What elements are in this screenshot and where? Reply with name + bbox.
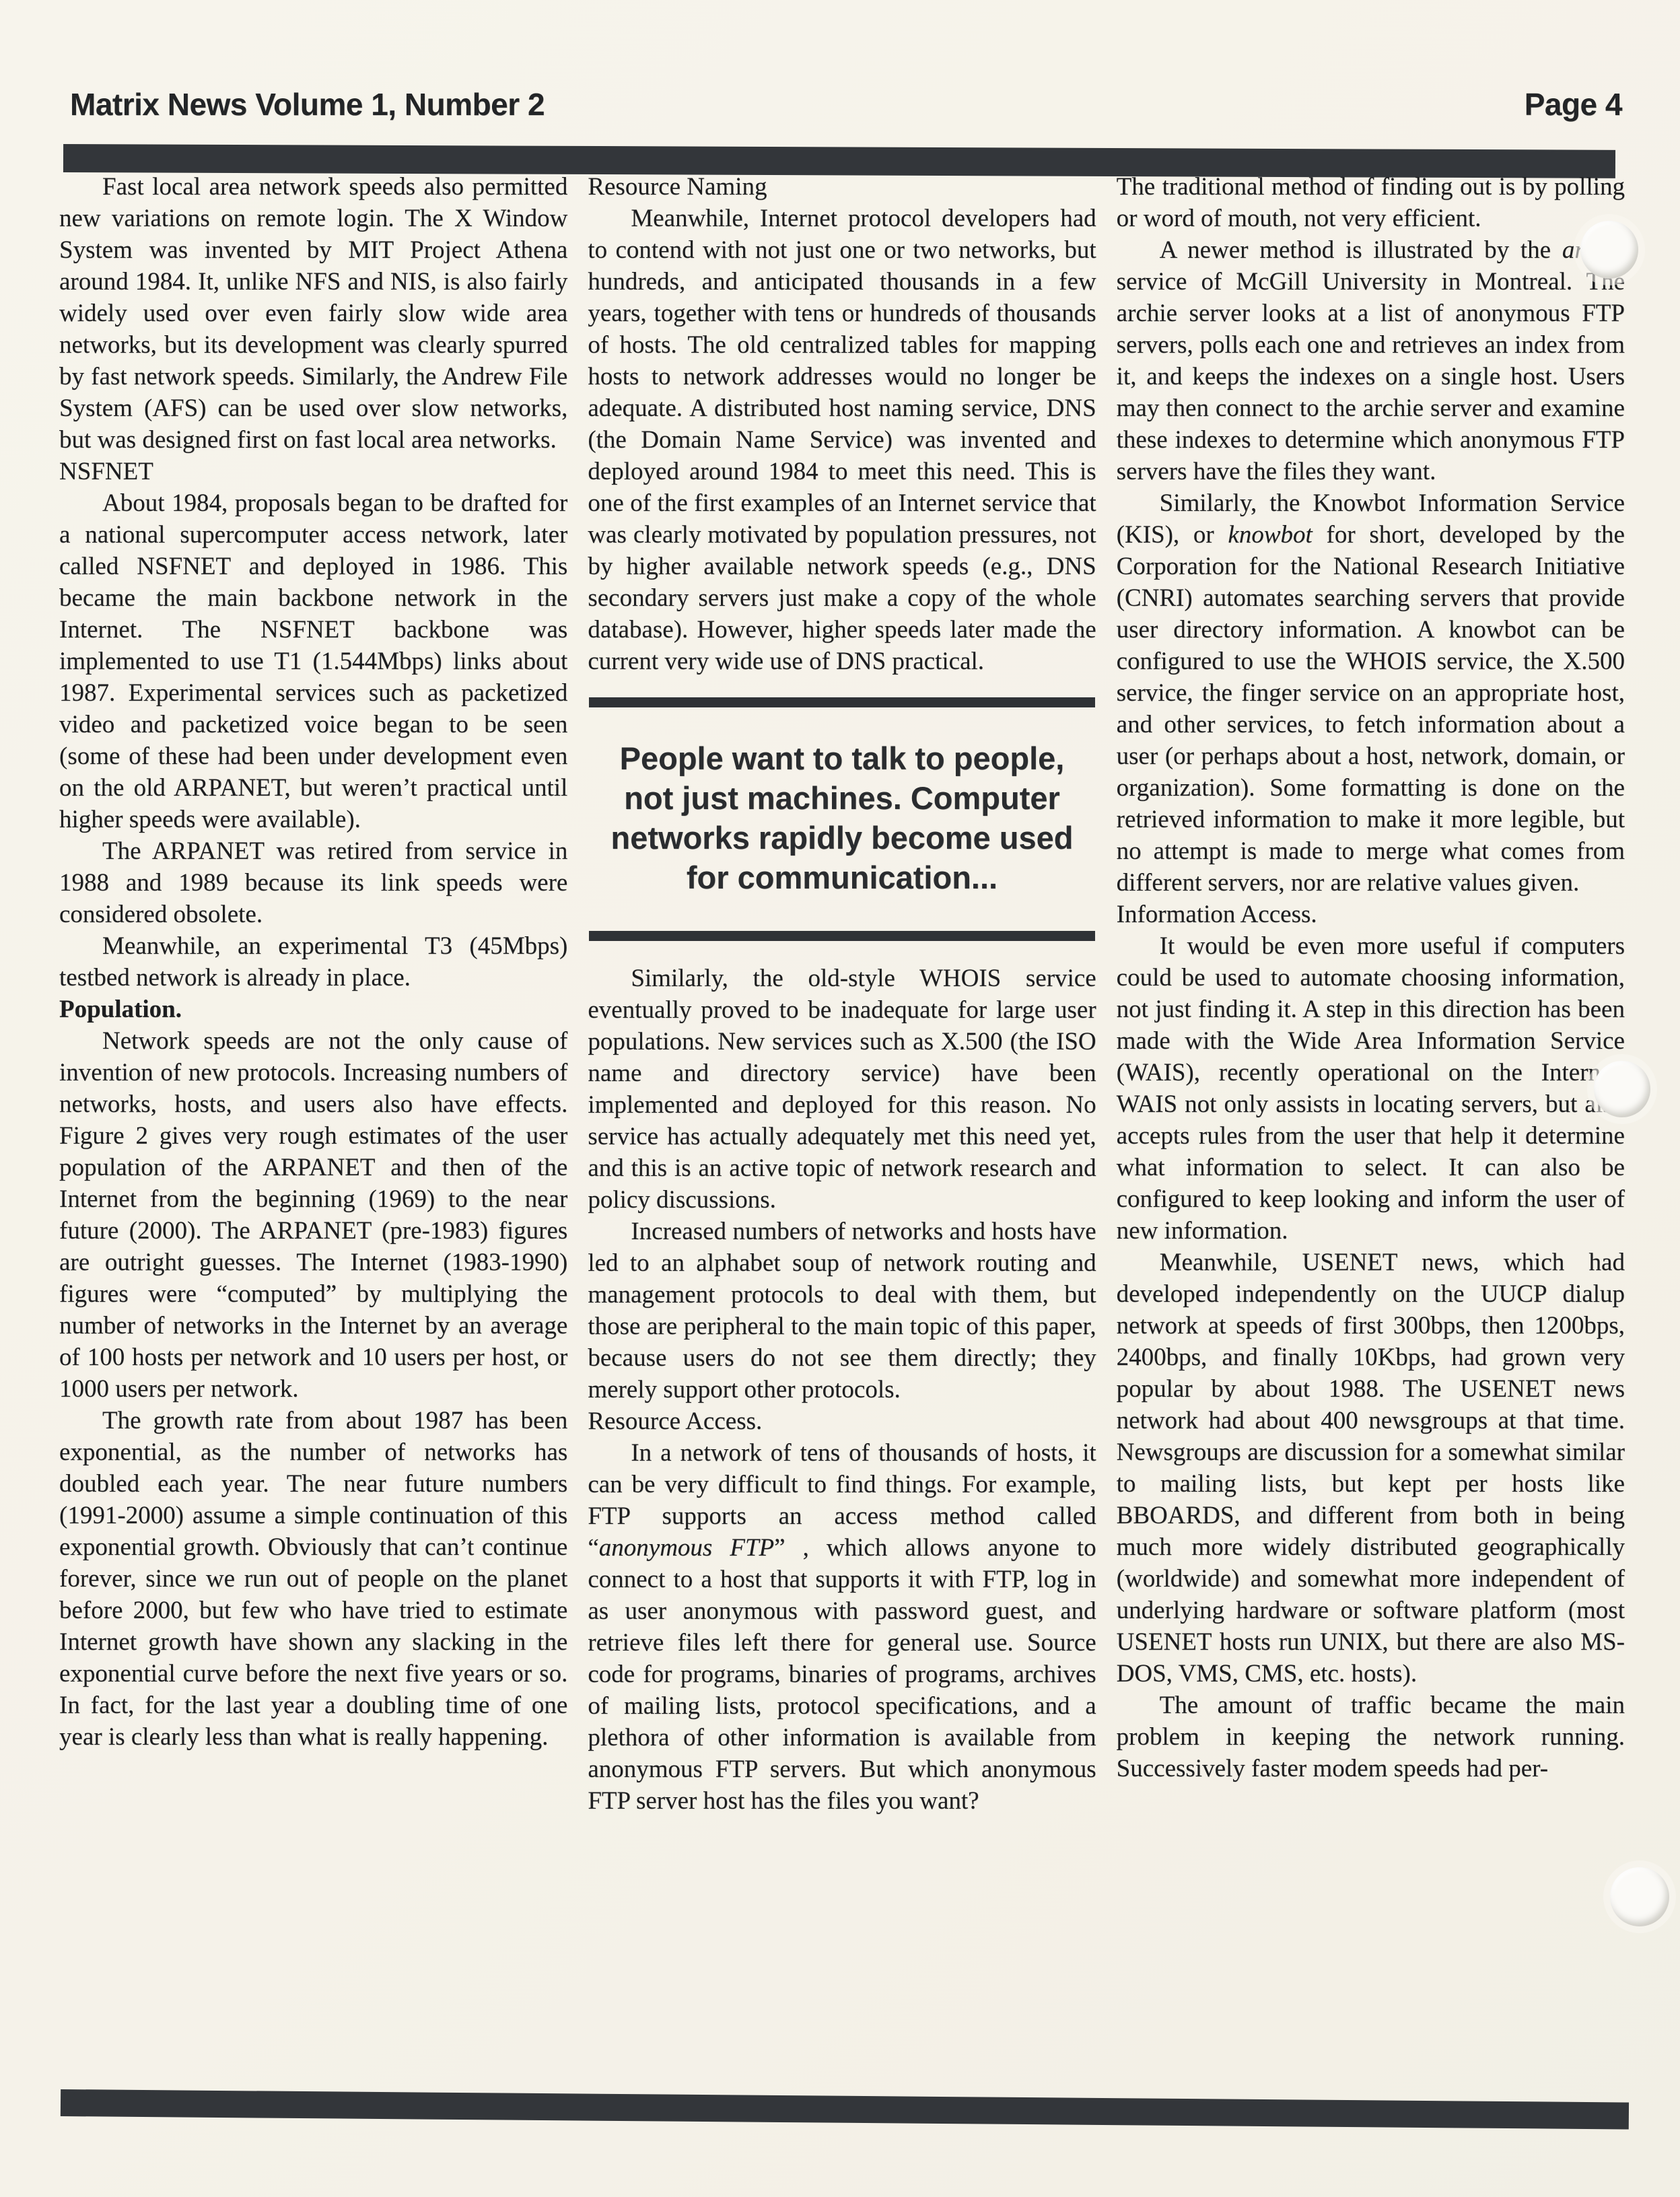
article-columns: Fast local area network speeds also perm… (59, 171, 1625, 2056)
section-heading: Resource Access. (588, 1405, 1096, 1437)
section-heading: Resource Naming (588, 171, 1096, 203)
paragraph: The growth rate from about 1987 has been… (59, 1405, 567, 1753)
punch-hole (1610, 1867, 1669, 1926)
paragraph: Similarly, the old-style WHOIS service e… (588, 963, 1096, 1216)
page-number: Page 4 (1525, 86, 1622, 123)
newsletter-title: Matrix News Volume 1, Number 2 (70, 86, 545, 123)
paragraph: About 1984, proposals began to be drafte… (59, 487, 567, 835)
paragraph: Fast local area network speeds also perm… (59, 171, 567, 456)
paragraph: Meanwhile, an experimental T3 (45Mbps) t… (59, 930, 567, 993)
newsletter-page: Matrix News Volume 1, Number 2 Page 4 Fa… (0, 0, 1680, 2197)
paragraph: The traditional method of finding out is… (1117, 171, 1625, 234)
paragraph: Similarly, the Knowbot Information Servi… (1117, 487, 1625, 899)
paragraph: It would be even more useful if computer… (1117, 930, 1625, 1247)
paragraph: A newer method is illustrated by the arc… (1117, 234, 1625, 487)
paragraph: Meanwhile, Internet protocol developers … (588, 203, 1096, 677)
section-heading: Information Access. (1117, 899, 1625, 930)
section-heading: NSFNET (59, 456, 567, 487)
paragraph: The amount of traffic became the main pr… (1117, 1689, 1625, 1784)
punch-hole (1580, 221, 1638, 279)
page-header: Matrix News Volume 1, Number 2 Page 4 (70, 86, 1622, 133)
column-1: Fast local area network speeds also perm… (59, 171, 567, 2056)
bottom-rule (61, 2089, 1629, 2130)
paragraph: In a network of tens of thousands of hos… (588, 1437, 1096, 1817)
paragraph: Meanwhile, USENET news, which had develo… (1117, 1247, 1625, 1689)
column-3: The traditional method of finding out is… (1117, 171, 1625, 2056)
paragraph: The ARPANET was retired from service in … (59, 835, 567, 930)
column-2: Resource NamingMeanwhile, Internet proto… (588, 171, 1096, 2056)
pull-quote: People want to talk to people, not just … (589, 697, 1094, 941)
punch-hole (1594, 1061, 1650, 1117)
paragraph: Network speeds are not the only cause of… (59, 1025, 567, 1405)
paragraph: Increased numbers of networks and hosts … (588, 1216, 1096, 1405)
section-heading: Population. (59, 993, 567, 1025)
